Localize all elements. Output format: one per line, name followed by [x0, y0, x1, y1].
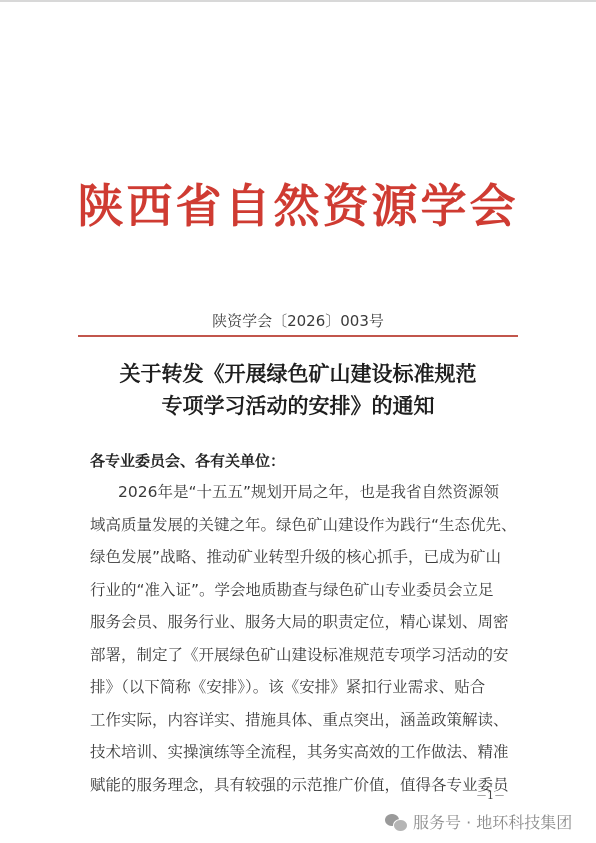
body-line: 行业的“准入证”。学会地质勘查与绿色矿山专业委员会立足	[90, 574, 512, 607]
body-line: 部署，制定了《开展绿色矿山建设标准规范专项学习活动的安	[90, 639, 512, 672]
body-line: 工作实际，内容详实、措施具体、重点突出，涵盖政策解读、	[90, 704, 512, 737]
page-number: －1－	[476, 787, 505, 803]
body-line: 排》（以下简称《安排》）。该《安排》紧扣行业需求、贴合	[90, 671, 512, 704]
red-divider-line	[78, 335, 518, 337]
body-line: 技术培训、实操演练等全流程，其务实高效的工作做法、精准	[90, 736, 512, 769]
organization-header: 陕西省自然资源学会	[0, 170, 596, 236]
body-line: 服务会员、服务行业、服务大局的职责定位，精心谋划、周密	[90, 606, 512, 639]
body-line: 绿色发展”战略、推动矿业转型升级的核心抓手，已成为矿山	[90, 541, 512, 574]
watermark: 服务号 · 地环科技集团	[385, 810, 572, 833]
document-title: 关于转发《开展绿色矿山建设标准规范 专项学习活动的安排》的通知	[0, 358, 596, 422]
salutation: 各专业委员会、各有关单位：	[90, 450, 285, 471]
document-number: 陕资学会〔2026〕003号	[0, 310, 596, 331]
body-line: 域高质量发展的关键之年。绿色矿山建设作为践行“生态优先、	[90, 509, 512, 542]
wechat-icon	[385, 813, 407, 831]
watermark-text: 服务号 · 地环科技集团	[413, 810, 572, 833]
body-paragraph: 2026年是“十五五”规划开局之年，也是我省自然资源领 域高质量发展的关键之年。…	[90, 476, 512, 801]
title-line-2: 专项学习活动的安排》的通知	[0, 390, 596, 422]
body-line: 赋能的服务理念，具有较强的示范推广价值，值得各专业委员	[90, 769, 512, 802]
title-line-1: 关于转发《开展绿色矿山建设标准规范	[0, 358, 596, 390]
scan-top-edge	[0, 0, 596, 2]
body-line: 2026年是“十五五”规划开局之年，也是我省自然资源领	[90, 476, 512, 509]
